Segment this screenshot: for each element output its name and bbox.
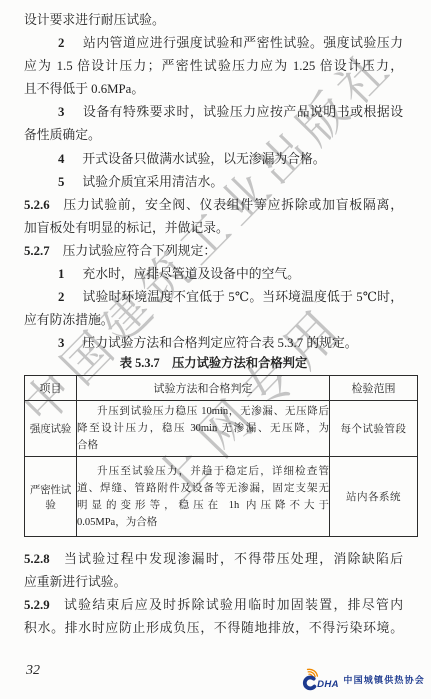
table-header-cell: 试验方法和合格判定 [77, 376, 330, 401]
inspection-scope-cell: 站内各系统 [330, 457, 418, 537]
document-page: 中国建筑工业出版社 上网专用 设计要求进行耐压试验。2站内管道应进行强度试验和严… [0, 0, 431, 699]
text-line: 积水。排水时应防止形成负压，不得随地排放，不得污染环境。 [24, 617, 403, 640]
test-item-cell: 严密性试验 [25, 457, 77, 537]
text-line: 应有防冻措施。 [24, 309, 403, 332]
table-header-cell: 项目 [25, 376, 77, 401]
text-line: 5.2.6压力试验前，安全阀、仪表组件等应拆除或加盲板隔离， [24, 194, 403, 217]
text-line: 5.2.7压力试验应符合下列规定： [24, 240, 403, 263]
line-text: 当试验过程中发现渗漏时，不得带压处理，消除缺陷后 [63, 552, 403, 566]
line-text: 开式设备只做满水试验，以无渗漏为合格。 [82, 152, 325, 166]
pressure-test-table: 项目试验方法和合格判定检验范围 强度试验升压到试验压力稳压 10min，无渗漏、… [24, 375, 418, 537]
table-row: 强度试验升压到试验压力稳压 10min，无渗漏、无压降后降至设计压力，稳压 30… [25, 401, 418, 457]
test-item-cell: 强度试验 [25, 401, 77, 457]
method-line: 升压至试验压力，并趋于稳定后，详细检查管 [77, 463, 329, 480]
line-text: 设计要求进行耐压试验。 [24, 13, 165, 27]
text-line: 且不得低于 0.6MPa。 [24, 78, 403, 101]
table-header-row: 项目试验方法和合格判定检验范围 [25, 376, 418, 401]
line-text: 试验结束后应及时拆除试验用临时加固装置，排尽管内 [63, 598, 403, 612]
line-text: 应为 1.5 倍设计压力；严密性试验压力应为 1.25 倍设计压力， [24, 59, 403, 73]
line-text: 应重新进行试验。 [24, 575, 126, 589]
text-line: 应重新进行试验。 [24, 571, 403, 594]
line-text: 加盲板处有明显的标记，并做记录。 [24, 221, 229, 235]
clause-number: 5.2.7 [24, 244, 50, 258]
clause-number: 4 [58, 152, 64, 166]
logo-c-swoosh [305, 677, 315, 688]
text-line: 4开式设备只做满水试验，以无渗漏为合格。 [24, 148, 403, 171]
test-method-cell: 升压到试验压力稳压 10min，无渗漏、无压降后降至设计压力，稳压 30min … [77, 401, 330, 457]
method-line: 升压到试验压力稳压 10min，无渗漏、无压降后 [77, 403, 329, 420]
method-line: 降至设计压力，稳压 30min 无渗漏、无压降，为 [77, 420, 329, 437]
table-row: 严密性试验升压至试验压力，并趋于稳定后，详细检查管道、焊缝、管路附件及设备等无渗… [25, 457, 418, 537]
line-text: 试验介质宜采用清洁水。 [82, 175, 223, 189]
method-line: 0.05MPa，为合格 [77, 514, 329, 531]
clause-number: 5.2.8 [24, 552, 50, 566]
text-line: 5试验介质宜采用清洁水。 [24, 171, 403, 194]
line-text: 备性质确定。 [24, 128, 101, 142]
text-line: 3压力试验方法和合格判定应符合表 5.3.7 的规定。 [24, 332, 403, 355]
text-line: 加盲板处有明显的标记，并做记录。 [24, 217, 403, 240]
logo-acronym: DHA [317, 679, 338, 690]
text-line: 2试验时环境温度不宜低于 5℃。当环境温度低于 5℃时， [24, 286, 403, 309]
text-line: 备性质确定。 [24, 124, 403, 147]
line-text: 且不得低于 0.6MPa。 [24, 82, 144, 96]
association-name: 中国城镇供热协会 [343, 673, 425, 686]
text-line: 设计要求进行耐压试验。 [24, 9, 403, 32]
method-line: 道、焊缝、管路附件及设备等无渗漏，固定支架无 [77, 480, 329, 497]
line-text: 压力试验方法和合格判定应符合表 5.3.7 的规定。 [82, 336, 357, 350]
line-text: 充水时，应排尽管道及设备中的空气。 [82, 267, 300, 281]
method-line: 明显的变形等，稳压在 1h 内压降不大于 [77, 497, 329, 514]
text-line: 1充水时，应排尽管道及设备中的空气。 [24, 263, 403, 286]
method-line: 合格 [77, 437, 329, 454]
cdha-logo-icon: DHA [300, 663, 338, 695]
text-line: 5.2.8当试验过程中发现渗漏时，不得带压处理，消除缺陷后 [24, 548, 403, 571]
clause-number: 5.2.6 [24, 198, 50, 212]
clause-number: 3 [58, 336, 64, 350]
line-text: 压力试验前，安全阀、仪表组件等应拆除或加盲板隔离， [63, 198, 403, 212]
line-text: 试验时环境温度不宜低于 5℃。当环境温度低于 5℃时， [82, 290, 403, 304]
text-line: 2站内管道应进行强度试验和严密性试验。强度试验压力 [24, 32, 403, 55]
page-number: 32 [26, 663, 40, 679]
document-content: 设计要求进行耐压试验。2站内管道应进行强度试验和严密性试验。强度试验压力应为 1… [0, 0, 431, 640]
line-text: 设备有特殊要求时，试验压力应按产品说明书或根据设 [82, 105, 403, 119]
body-text-bottom: 5.2.8当试验过程中发现渗漏时，不得带压处理，消除缺陷后应重新进行试验。5.2… [24, 548, 403, 639]
association-logo: DHA 中国城镇供热协会 [300, 662, 425, 696]
text-line: 3设备有特殊要求时，试验压力应按产品说明书或根据设 [24, 101, 403, 124]
line-text: 站内管道应进行强度试验和严密性试验。强度试验压力 [82, 36, 403, 50]
table-header-cell: 检验范围 [330, 376, 418, 401]
clause-number: 5 [58, 175, 64, 189]
clause-number: 5.2.9 [24, 598, 50, 612]
text-line: 应为 1.5 倍设计压力；严密性试验压力应为 1.25 倍设计压力， [24, 55, 403, 78]
table-title: 表 5.3.7 压力试验方法和合格判定 [24, 356, 403, 370]
clause-number: 3 [58, 105, 64, 119]
clause-number: 2 [58, 36, 64, 50]
line-text: 积水。排水时应防止形成负压，不得随地排放，不得污染环境。 [24, 621, 403, 635]
body-text-top: 设计要求进行耐压试验。2站内管道应进行强度试验和严密性试验。强度试验压力应为 1… [24, 9, 403, 355]
line-text: 应有防冻措施。 [24, 313, 114, 327]
inspection-scope-cell: 每个试验管段 [330, 401, 418, 457]
clause-number: 2 [58, 290, 64, 304]
line-text: 压力试验应符合下列规定： [63, 244, 217, 258]
text-line: 5.2.9试验结束后应及时拆除试验用临时加固装置，排尽管内 [24, 594, 403, 617]
clause-number: 1 [58, 267, 64, 281]
test-method-cell: 升压至试验压力，并趋于稳定后，详细检查管道、焊缝、管路附件及设备等无渗漏，固定支… [77, 457, 330, 537]
